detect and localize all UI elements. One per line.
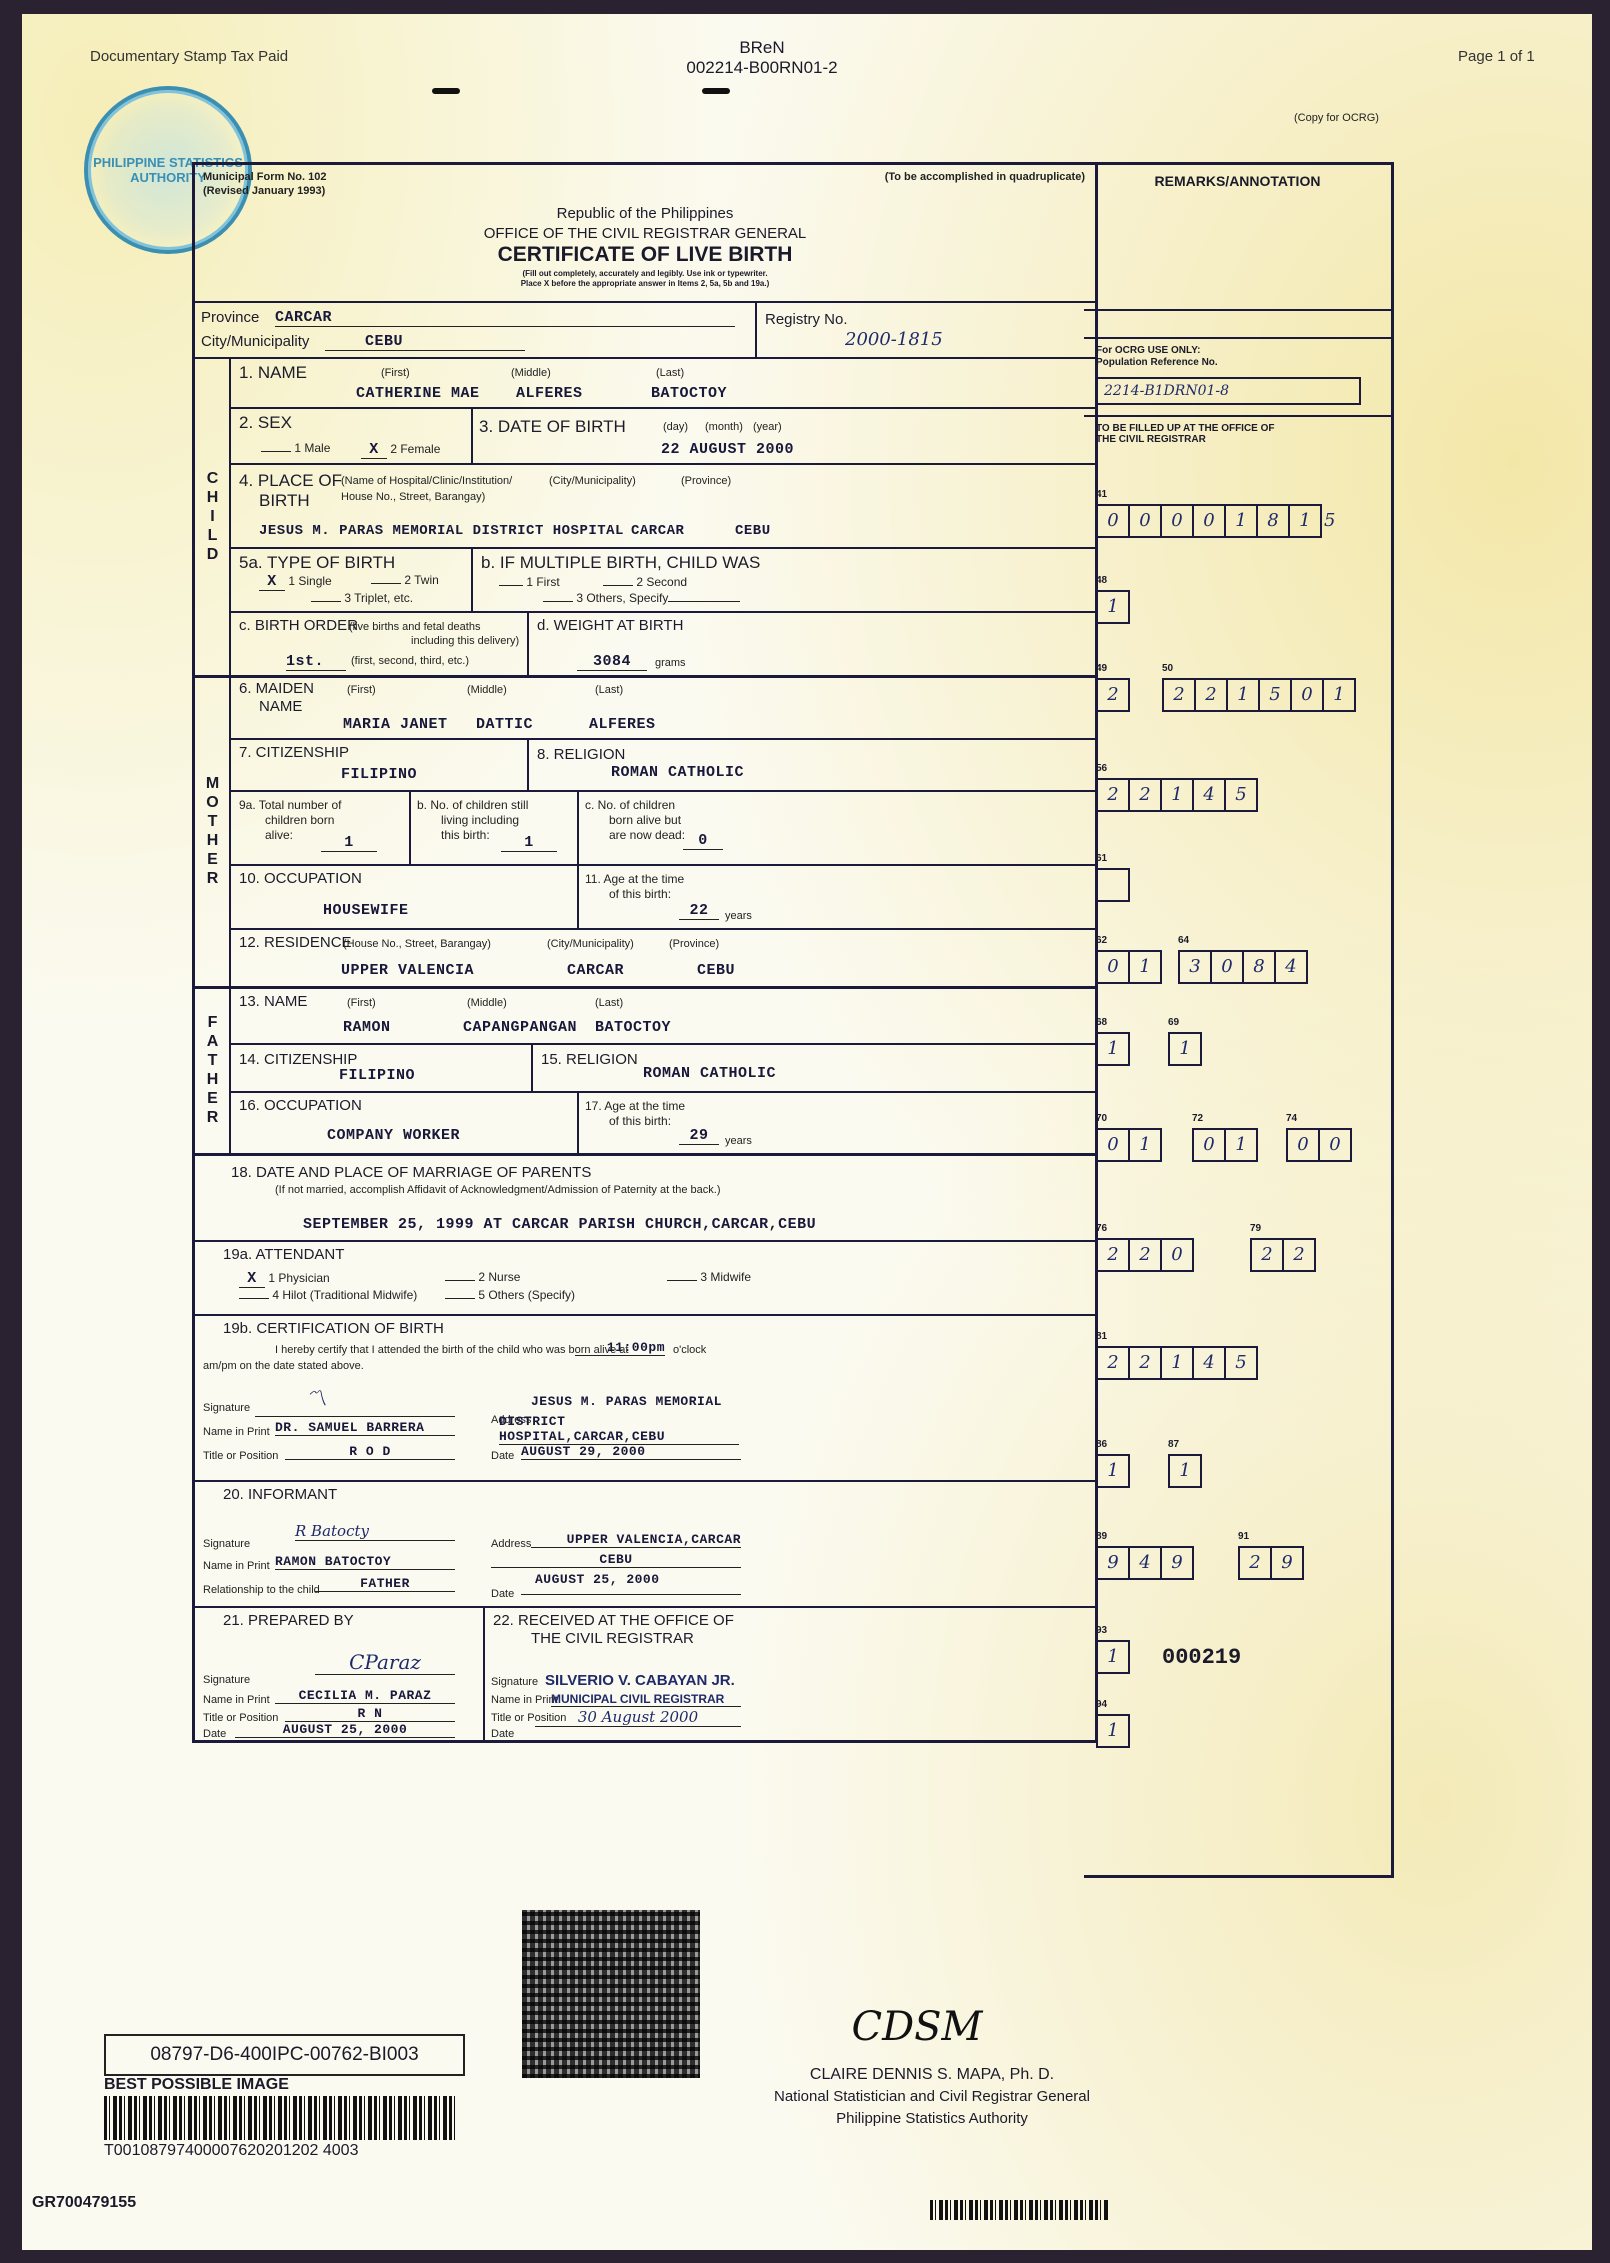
attendant-midwife-label: 3 Midwife — [700, 1270, 751, 1284]
registrar-codes-block: TO BE FILLED UP AT THE OFFICE OF THE CIV… — [1084, 417, 1391, 1867]
code-61: 61 — [1096, 853, 1128, 907]
stamp-number: 000219 — [1162, 1645, 1241, 1670]
type-of-birth-label: 5a. TYPE OF BIRTH — [239, 553, 395, 573]
bren-block: BReN 002214-B00RN01-2 — [662, 38, 862, 78]
type-triplet-option: 3 Triplet, etc. — [311, 591, 413, 605]
code-68: 681 — [1096, 1017, 1128, 1066]
attendant-hilot-label: 4 Hilot (Traditional Midwife) — [272, 1288, 417, 1302]
code-70: 7001 — [1096, 1113, 1160, 1162]
type-twin-label: 2 Twin — [404, 573, 438, 587]
type-single-option: X 1 Single — [259, 573, 332, 591]
mother-section: MOTHER 6. MAIDEN NAME (First) (Middle) (… — [195, 678, 1095, 989]
received-name-label: Name in Print — [491, 1694, 558, 1706]
dob-year-header: (year) — [753, 421, 782, 433]
code-box: 0 — [1128, 504, 1162, 538]
received-name-value: SILVERIO V. CABAYAN JR. — [545, 1672, 735, 1689]
mother-age-unit: years — [725, 910, 752, 922]
mother-occupation-row: 10. OCCUPATION HOUSEWIFE 11. Age at the … — [231, 866, 1095, 930]
attendant-address-1: JESUS M. PARAS MEMORIAL — [531, 1394, 722, 1409]
code-86-num: 86 — [1096, 1439, 1128, 1450]
instructions-2: Place X before the appropriate answer in… — [195, 279, 1095, 288]
remarks-title: REMARKS/ANNOTATION — [1084, 165, 1391, 311]
father-last-name: BATOCTOY — [595, 1019, 671, 1036]
city-value: CEBU — [325, 333, 525, 351]
prepared-date-label: Date — [203, 1728, 226, 1740]
code-79-num: 79 — [1250, 1223, 1314, 1234]
code-94-num: 94 — [1096, 1699, 1128, 1710]
code-box: 0 — [1160, 1238, 1194, 1272]
child-name-row: 1. NAME (First) (Middle) (Last) CATHERIN… — [231, 359, 1095, 409]
dead-children-label-3: are now dead: — [585, 828, 685, 843]
marriage-row: 18. DATE AND PLACE OF MARRIAGE OF PARENT… — [195, 1156, 1095, 1242]
code-box: 5 — [1258, 678, 1292, 712]
code-64: 643084 — [1178, 935, 1306, 984]
last-header: (Last) — [595, 997, 623, 1009]
code-box: 1 — [1288, 504, 1322, 538]
prepared-signature: CParaz — [315, 1650, 455, 1675]
registration-mark — [432, 88, 460, 94]
code-50-num: 50 — [1162, 663, 1354, 674]
office-label: OFFICE OF THE CIVIL REGISTRAR GENERAL — [195, 225, 1095, 242]
code-box: 4 — [1274, 950, 1308, 984]
code-box: 1 — [1226, 678, 1260, 712]
code-box: 4 — [1192, 778, 1226, 812]
informant-label: 20. INFORMANT — [223, 1486, 337, 1503]
mother-name-label-2: NAME — [259, 698, 302, 715]
population-reference-value: 2214-B1DRN01-8 — [1096, 377, 1361, 405]
province-label: Province — [201, 309, 259, 326]
attendant-address-2: DISTRICT HOSPITAL,CARCAR,CEBU — [499, 1414, 739, 1445]
child-side-label: CHILD — [195, 359, 231, 675]
mother-age-label-2: of this birth: — [585, 887, 684, 902]
code-93: 931 — [1096, 1625, 1128, 1674]
marriage-value: SEPTEMBER 25, 1999 AT CARCAR PARISH CHUR… — [303, 1216, 816, 1233]
code-box: 0 — [1318, 1128, 1352, 1162]
small-barcode-icon — [930, 2200, 1110, 2220]
type-single-label: 1 Single — [288, 574, 331, 588]
middle-header: (Middle) — [467, 684, 507, 696]
prepared-date-value: AUGUST 25, 2000 — [235, 1722, 455, 1738]
divider — [755, 303, 757, 357]
residence-header-1: (House No., Street, Barangay) — [343, 938, 491, 950]
code-box: 2 — [1128, 778, 1162, 812]
divider — [471, 409, 473, 463]
registry-value: 2000-1815 — [845, 329, 943, 350]
attendant-row: 19a. ATTENDANT X 1 Physician 2 Nurse 3 M… — [195, 1242, 1095, 1316]
father-name-row: 13. NAME (First) (Middle) (Last) RAMON C… — [231, 989, 1095, 1045]
mother-citizenship-value: FILIPINO — [341, 766, 417, 783]
code-62-num: 62 — [1096, 935, 1160, 946]
attendant-signature-label: Signature — [203, 1402, 250, 1414]
code-box: 1 — [1322, 678, 1356, 712]
remarks-annotation-panel: REMARKS/ANNOTATION For OCRG USE ONLY: Po… — [1084, 162, 1394, 1878]
code-box: 0 — [1160, 504, 1194, 538]
population-reference-block: For OCRG USE ONLY: Population Reference … — [1084, 339, 1391, 417]
code-86: 861 — [1096, 1439, 1128, 1488]
informant-relationship-value: FATHER — [315, 1576, 455, 1592]
code-box: 0 — [1096, 1128, 1130, 1162]
control-number-box: 08797-D6-400IPC-00762-BI003 — [104, 2034, 465, 2076]
code-72: 7201 — [1192, 1113, 1256, 1162]
child-first-name: CATHERINE MAE — [356, 385, 480, 402]
prepared-by-label: 21. PREPARED BY — [223, 1612, 354, 1629]
divider — [527, 613, 529, 675]
father-age-label-2: of this birth: — [585, 1114, 685, 1129]
best-image-label: BEST POSSIBLE IMAGE — [104, 2076, 289, 2094]
residence-header-2: (City/Municipality) — [547, 938, 634, 950]
dob-day-header: (day) — [663, 421, 688, 433]
form-revised: (Revised January 1993) — [203, 185, 325, 197]
received-date-label: Date — [491, 1728, 514, 1740]
sex-female-label: 2 Female — [390, 442, 440, 456]
certification-label: 19b. CERTIFICATION OF BIRTH — [223, 1320, 444, 1337]
received-label-2: THE CIVIL REGISTRAR — [531, 1630, 694, 1647]
code-box: 1 — [1160, 778, 1194, 812]
attendant-label: 19a. ATTENDANT — [223, 1246, 344, 1263]
multi-first-option: 1 First — [499, 575, 560, 589]
code-94: 941 — [1096, 1699, 1128, 1748]
birth-order-label: c. BIRTH ORDER — [239, 617, 358, 634]
registration-mark — [702, 88, 730, 94]
informant-name-value: RAMON BATOCTOY — [275, 1554, 455, 1570]
code-72-num: 72 — [1192, 1113, 1256, 1124]
total-children-value: 1 — [321, 834, 377, 852]
code-box: 2 — [1096, 778, 1130, 812]
father-section: FATHER 13. NAME (First) (Middle) (Last) … — [195, 989, 1095, 1156]
first-header: (First) — [347, 997, 376, 1009]
attendant-date-label: Date — [491, 1450, 514, 1462]
mother-age-label-1: 11. Age at the time — [585, 872, 684, 887]
code-box: 2 — [1250, 1238, 1284, 1272]
residence-street: UPPER VALENCIA — [341, 962, 474, 979]
republic-label: Republic of the Philippines — [195, 205, 1095, 222]
informant-date-value: AUGUST 25, 2000 — [535, 1572, 660, 1587]
code-box: 2 — [1194, 678, 1228, 712]
attendant-name-label: Name in Print — [203, 1426, 270, 1438]
code-box: 9 — [1160, 1546, 1194, 1580]
sex-mark: X — [361, 441, 387, 459]
informant-relationship-label: Relationship to the child — [203, 1584, 320, 1596]
code-box: 1 — [1224, 504, 1258, 538]
divider — [577, 792, 579, 864]
prepared-name-label: Name in Print — [203, 1694, 270, 1706]
page-title: CERTIFICATE OF LIVE BIRTH — [195, 243, 1095, 267]
attendant-others-option: 5 Others (Specify) — [445, 1288, 575, 1302]
weight-unit: grams — [655, 657, 686, 669]
father-occupation-row: 16. OCCUPATION COMPANY WORKER 17. Age at… — [231, 1093, 1095, 1153]
code-box: 5 — [1224, 778, 1258, 812]
birth-order-value: 1st. — [286, 653, 346, 671]
code-69-num: 69 — [1168, 1017, 1200, 1028]
place-of-birth-row: 4. PLACE OF BIRTH (Name of Hospital/Clin… — [231, 465, 1095, 549]
received-signature-label: Signature — [491, 1676, 538, 1688]
attendant-signature: 〽 — [305, 1382, 327, 1413]
code-box: 8 — [1256, 504, 1290, 538]
code-41-num: 41 — [1096, 489, 1335, 500]
certificate-page: Documentary Stamp Tax Paid BReN 002214-B… — [22, 14, 1592, 2250]
informant-row: 20. INFORMANT Signature R Batocty Name i… — [195, 1482, 1095, 1608]
total-children-label-1: 9a. Total number of — [239, 798, 342, 813]
code-box: 8 — [1242, 950, 1276, 984]
type-of-birth-row: 5a. TYPE OF BIRTH X 1 Single 2 Twin 3 Tr… — [231, 549, 1095, 613]
residence-province: CEBU — [697, 962, 735, 979]
last-header: (Last) — [656, 367, 684, 379]
instructions-1: (Fill out completely, accurately and leg… — [195, 269, 1095, 278]
father-name-label: 13. NAME — [239, 993, 307, 1010]
father-citizenship-row: 14. CITIZENSHIP FILIPINO 15. RELIGION RO… — [231, 1045, 1095, 1093]
fill-up-label: TO BE FILLED UP AT THE OFFICE OF THE CIV… — [1096, 423, 1276, 445]
mother-name-row: 6. MAIDEN NAME (First) (Middle) (Last) M… — [231, 678, 1095, 740]
code-56-num: 56 — [1096, 763, 1256, 774]
code-76-num: 76 — [1096, 1223, 1192, 1234]
sex-female-option: X 2 Female — [361, 441, 440, 459]
code-box: 1 — [1160, 1346, 1194, 1380]
bren-label: BReN — [662, 38, 862, 58]
mother-citizenship-label: 7. CITIZENSHIP — [239, 744, 349, 761]
code-box: 3 — [1178, 950, 1212, 984]
code-49-num: 49 — [1096, 663, 1128, 674]
code-89: 89949 — [1096, 1531, 1192, 1580]
code-87-num: 87 — [1168, 1439, 1200, 1450]
attendant-date-value: AUGUST 29, 2000 — [521, 1444, 741, 1460]
last-header: (Last) — [595, 684, 623, 696]
weight-label: d. WEIGHT AT BIRTH — [537, 617, 683, 634]
residence-city: CARCAR — [567, 962, 624, 979]
pob-city: CARCAR — [631, 523, 684, 539]
multi-others-option: 3 Others, Specify — [543, 591, 740, 605]
informant-address-2: CEBU — [491, 1552, 741, 1568]
first-header: (First) — [347, 684, 376, 696]
prepared-title-value: R N — [285, 1706, 455, 1722]
father-occupation-value: COMPANY WORKER — [327, 1127, 460, 1144]
code-box: 1 — [1128, 950, 1162, 984]
code-79: 7922 — [1250, 1223, 1314, 1272]
attendant-mark: X — [239, 1270, 265, 1288]
pob-header-2: (City/Municipality) — [549, 475, 636, 487]
certification-text-2: o'clock — [673, 1344, 706, 1356]
father-religion-value: ROMAN CATHOLIC — [643, 1065, 776, 1082]
certification-row: 19b. CERTIFICATION OF BIRTH I hereby cer… — [195, 1316, 1095, 1482]
birth-order-note-1: (live births and fetal deaths — [349, 621, 480, 633]
father-age-value: 29 — [679, 1127, 719, 1145]
birth-certificate-form: Municipal Form No. 102 (Revised January … — [192, 162, 1098, 1743]
dead-children-value: 0 — [683, 832, 723, 850]
father-age-label: 17. Age at the timeof this birth: — [585, 1099, 685, 1129]
code-41: 4100001815 — [1096, 489, 1335, 538]
code-box: 0 — [1290, 678, 1324, 712]
accomplish-note: (To be accomplished in quadruplicate) — [885, 171, 1085, 183]
serial-number: GR700479155 — [32, 2194, 136, 2212]
mother-middle-name: DATTIC — [476, 716, 533, 733]
code-box: 1 — [1096, 1714, 1130, 1748]
code-64-num: 64 — [1178, 935, 1306, 946]
code-box: 2 — [1128, 1238, 1162, 1272]
weight-value: 3084 — [577, 653, 647, 671]
barcode-text: T00108797400007620201202 4003 — [104, 2142, 358, 2160]
code-76: 76220 — [1096, 1223, 1192, 1272]
divider — [577, 1093, 579, 1153]
received-title-value: MUNICIPAL CIVIL REGISTRAR — [551, 1692, 741, 1707]
signature-line — [255, 1416, 455, 1417]
child-section: CHILD 1. NAME (First) (Middle) (Last) CA… — [195, 359, 1095, 678]
code-93-num: 93 — [1096, 1625, 1128, 1636]
mother-religion-value: ROMAN CATHOLIC — [611, 764, 744, 781]
city-label: City/Municipality — [201, 333, 309, 350]
mother-age-value: 22 — [679, 902, 719, 920]
copy-for-label: (Copy for OCRG) — [1294, 112, 1379, 124]
pob-label-2: BIRTH — [259, 491, 310, 511]
father-middle-name: CAPANGPANGAN — [463, 1019, 577, 1036]
sex-label: 2. SEX — [239, 413, 292, 433]
prepared-name-value: CECILIA M. PARAZ — [275, 1688, 455, 1704]
informant-signature-label: Signature — [203, 1538, 250, 1550]
type-triplet-label: 3 Triplet, etc. — [344, 591, 413, 605]
child-name-label: 1. NAME — [239, 363, 307, 383]
code-box: 1 — [1168, 1032, 1202, 1066]
code-box: 2 — [1162, 678, 1196, 712]
sex-dob-row: 2. SEX 1 Male X 2 Female 3. DATE OF BIRT… — [231, 409, 1095, 465]
father-first-name: RAMON — [343, 1019, 391, 1036]
residence-header-3: (Province) — [669, 938, 719, 950]
divider — [471, 549, 473, 611]
birth-order-hint: (first, second, third, etc.) — [351, 655, 469, 667]
code-box: 1 — [1128, 1128, 1162, 1162]
multi-first-label: 1 First — [526, 575, 559, 589]
code-61-num: 61 — [1096, 853, 1128, 864]
code-box: 0 — [1096, 504, 1130, 538]
father-occupation-label: 16. OCCUPATION — [239, 1097, 362, 1114]
code-74-num: 74 — [1286, 1113, 1350, 1124]
middle-header: (Middle) — [467, 997, 507, 1009]
residence-label: 12. RESIDENCE — [239, 934, 352, 951]
type-mark: X — [259, 573, 285, 591]
code-box: 2 — [1128, 1346, 1162, 1380]
dob-month-header: (month) — [705, 421, 743, 433]
mother-name-label: 6. MAIDEN — [239, 680, 314, 697]
father-side-label: FATHER — [195, 989, 231, 1153]
pob-header-1: (Name of Hospital/Clinic/Institution/ — [341, 475, 512, 487]
child-last-name: BATOCTOY — [651, 385, 727, 402]
code-box: 9 — [1096, 1546, 1130, 1580]
code-box: 0 — [1096, 950, 1130, 984]
mother-residence-row: 12. RESIDENCE (House No., Street, Barang… — [231, 930, 1095, 986]
code-box: 1 — [1096, 590, 1130, 624]
ocrg-label-2: Population Reference No. — [1096, 357, 1218, 368]
informant-address-1: UPPER VALENCIA,CARCAR — [531, 1532, 741, 1548]
code-box: 9 — [1270, 1546, 1304, 1580]
signer-signature: CDSM — [822, 2004, 1012, 2050]
code-41-extra: 5 — [1320, 510, 1335, 531]
attendant-nurse-option: 2 Nurse — [445, 1270, 520, 1284]
code-box: 4 — [1128, 1546, 1162, 1580]
multiple-birth-label: b. IF MULTIPLE BIRTH, CHILD WAS — [481, 553, 760, 573]
type-twin-option: 2 Twin — [371, 573, 439, 587]
living-children-label-1: b. No. of children still — [417, 798, 528, 813]
living-children-value: 1 — [501, 834, 557, 852]
province-value: CARCAR — [275, 309, 735, 327]
multi-others-label: 3 Others, Specify — [576, 591, 668, 605]
mother-occupation-value: HOUSEWIFE — [323, 902, 409, 919]
marriage-label: 18. DATE AND PLACE OF MARRIAGE OF PARENT… — [231, 1164, 591, 1181]
attendant-title-label: Title or Position — [203, 1450, 278, 1462]
attendant-nurse-label: 2 Nurse — [478, 1270, 520, 1284]
informant-date-label: Date — [491, 1588, 514, 1600]
prepared-signature-label: Signature — [203, 1674, 250, 1686]
dob-label: 3. DATE OF BIRTH — [479, 417, 626, 437]
code-box: 0 — [1192, 1128, 1226, 1162]
pob-header-3: (Province) — [681, 475, 731, 487]
code-68-num: 68 — [1096, 1017, 1128, 1028]
code-89-num: 89 — [1096, 1531, 1192, 1542]
ocrg-label-1: For OCRG USE ONLY: — [1096, 345, 1200, 356]
code-box: 1 — [1224, 1128, 1258, 1162]
code-box: 2 — [1238, 1546, 1272, 1580]
child-middle-name: ALFERES — [516, 385, 583, 402]
dead-children-label-1: c. No. of children — [585, 798, 685, 813]
pob-label: 4. PLACE OF — [239, 471, 342, 491]
informant-address-label: Address — [491, 1538, 531, 1550]
certification-text-3: am/pm on the date stated above. — [203, 1360, 364, 1372]
code-69: 691 — [1168, 1017, 1200, 1066]
informant-name-label: Name in Print — [203, 1560, 270, 1572]
child-side-text: CHILD — [200, 470, 224, 565]
mother-age-label: 11. Age at the timeof this birth: — [585, 872, 684, 902]
code-50: 50221501 — [1162, 663, 1354, 712]
first-header: (First) — [381, 367, 410, 379]
received-label-1: 22. RECEIVED AT THE OFFICE OF — [493, 1612, 734, 1629]
attendant-physician-option: X 1 Physician — [239, 1270, 330, 1288]
remarks-spacer — [1084, 311, 1391, 339]
total-children-label-2: children born — [239, 813, 342, 828]
divider — [531, 1045, 533, 1091]
informant-signature: R Batocty — [295, 1522, 455, 1541]
dead-children-label-2: born alive but — [585, 813, 685, 828]
registry-label: Registry No. — [765, 311, 848, 328]
code-box: 0 — [1286, 1128, 1320, 1162]
code-91: 9129 — [1238, 1531, 1302, 1580]
middle-header: (Middle) — [511, 367, 551, 379]
dob-value: 22 AUGUST 2000 — [661, 441, 794, 458]
code-box: 2 — [1096, 1346, 1130, 1380]
birth-order-note-2: including this delivery) — [411, 635, 519, 647]
code-box — [1096, 868, 1130, 902]
father-age-label-1: 17. Age at the time — [585, 1099, 685, 1114]
attendant-midwife-option: 3 Midwife — [667, 1270, 751, 1284]
father-age-unit: years — [725, 1135, 752, 1147]
mother-side-label: MOTHER — [195, 678, 231, 986]
code-box: 1 — [1096, 1640, 1130, 1674]
attendant-name-value: DR. SAMUEL BARRERA — [275, 1420, 455, 1436]
code-box: 1 — [1096, 1454, 1130, 1488]
barcode-icon — [104, 2096, 456, 2140]
informant-date-line — [521, 1594, 741, 1595]
mother-first-name: MARIA JANET — [343, 716, 448, 733]
divider — [527, 740, 529, 790]
living-children-label-2: living including — [417, 813, 528, 828]
code-box: 5 — [1224, 1346, 1258, 1380]
signer-name: CLAIRE DENNIS S. MAPA, Ph. D. — [722, 2066, 1142, 2084]
code-48-num: 48 — [1096, 575, 1128, 586]
father-citizenship-label: 14. CITIZENSHIP — [239, 1051, 357, 1068]
code-91-num: 91 — [1238, 1531, 1302, 1542]
multi-second-label: 2 Second — [636, 575, 687, 589]
pob-province: CEBU — [735, 523, 771, 539]
multi-second-option: 2 Second — [603, 575, 687, 589]
sex-male-option: 1 Male — [261, 441, 330, 455]
attendant-title-value: R O D — [285, 1444, 455, 1460]
code-box: 1 — [1096, 1032, 1130, 1066]
marriage-note: (If not married, accomplish Affidavit of… — [275, 1184, 795, 1196]
